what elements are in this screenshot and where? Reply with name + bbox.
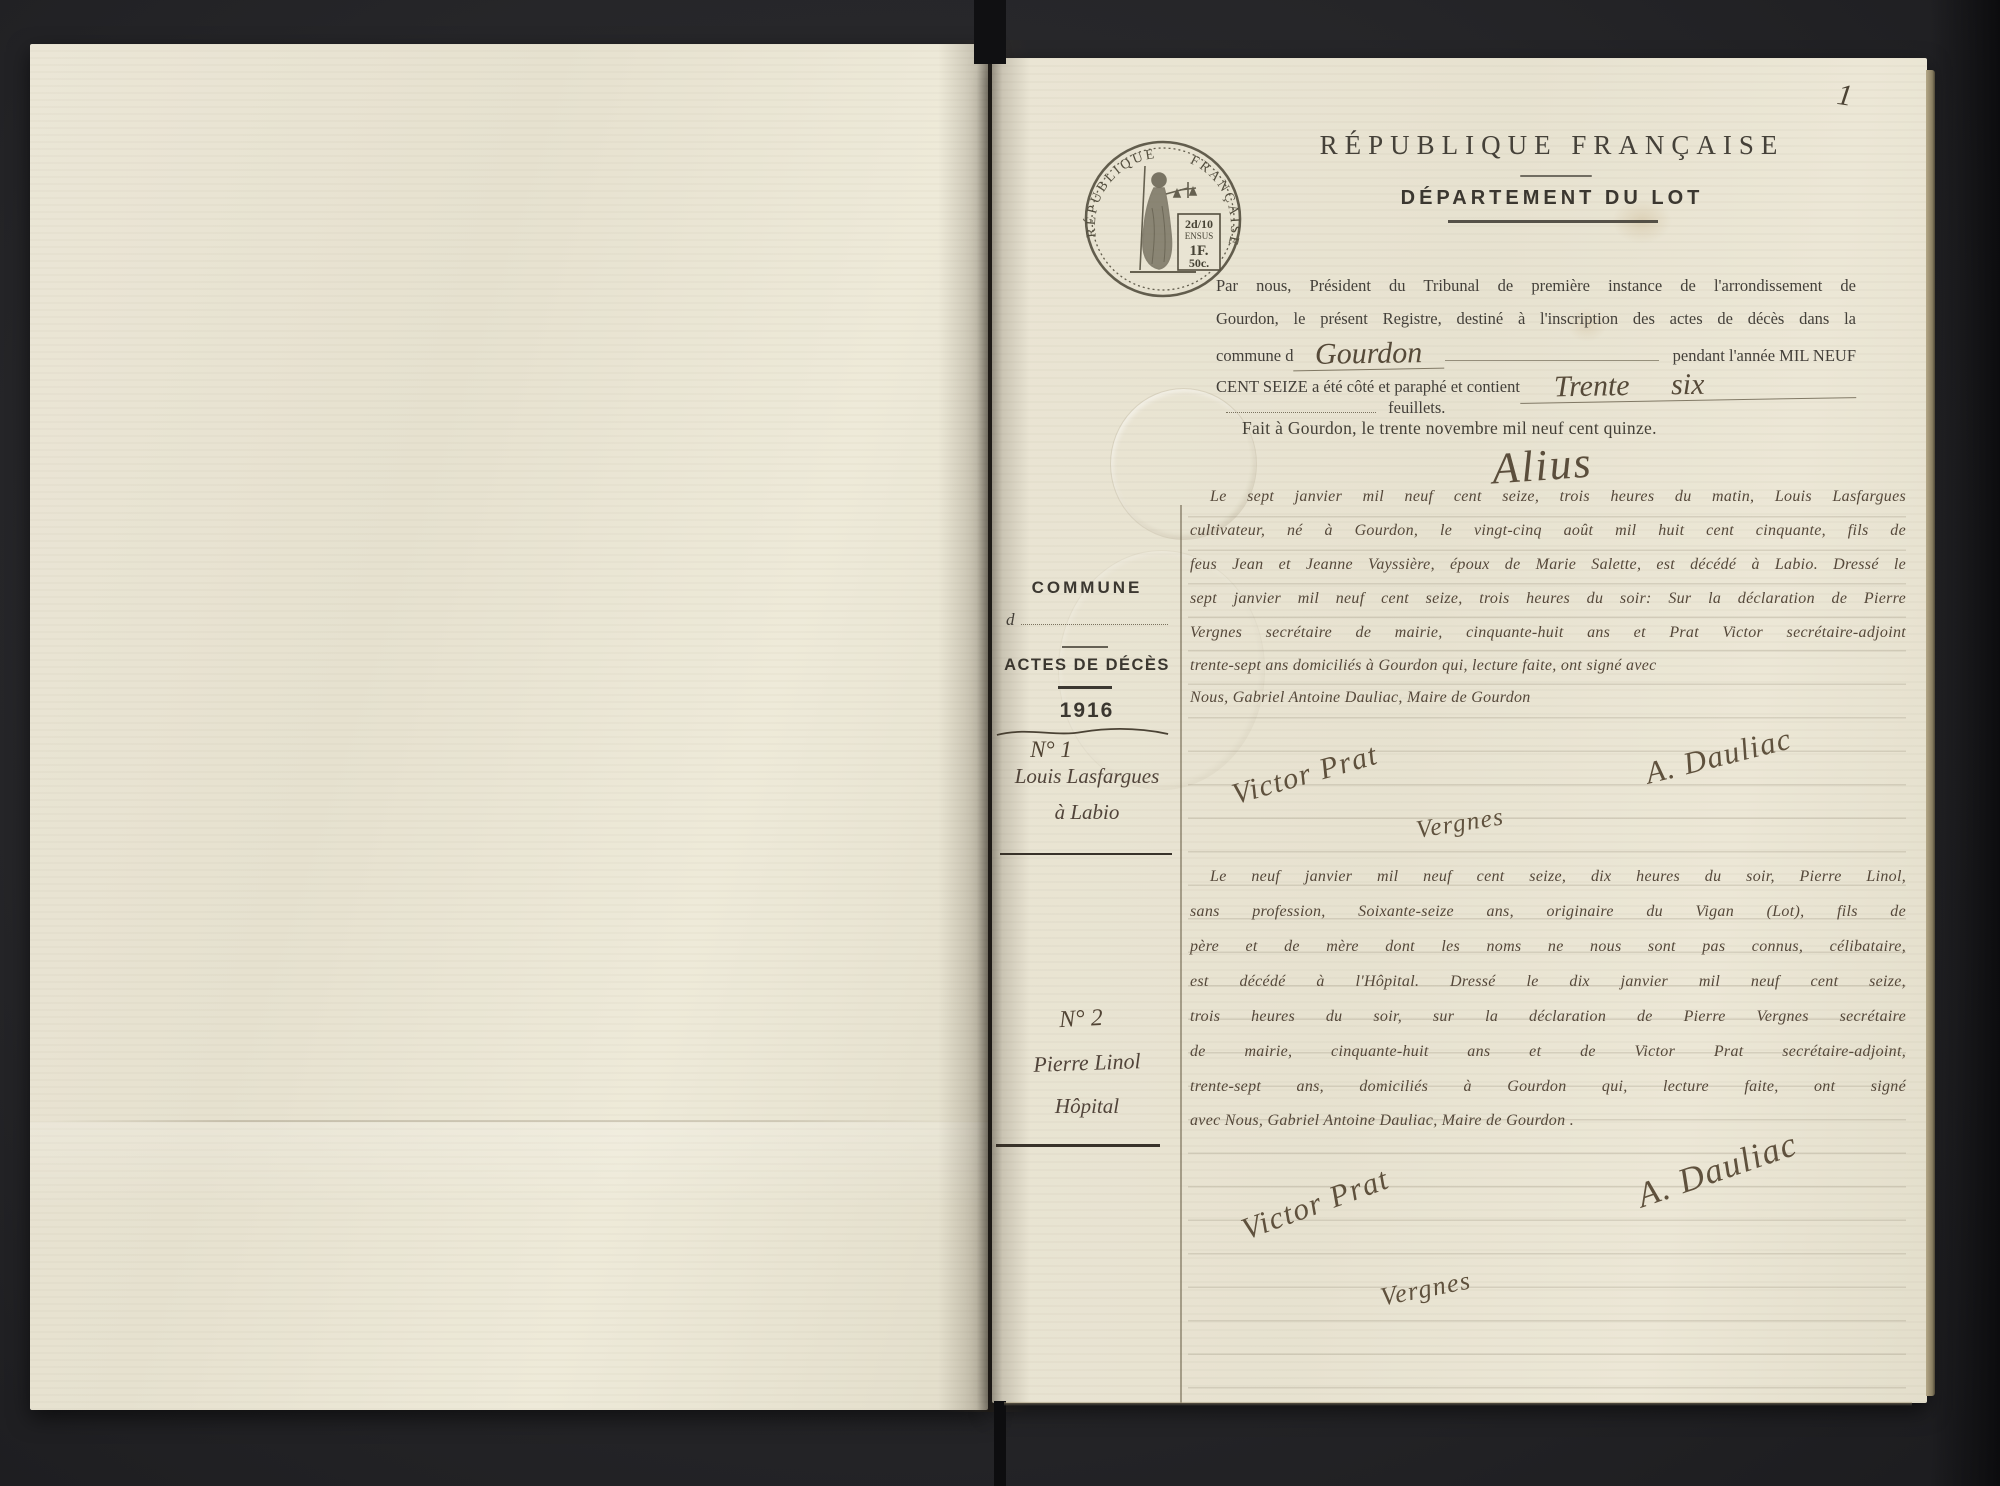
- commune-dotted-line: [1021, 612, 1169, 625]
- act-1-signature-dauliac: A. Dauliac: [1642, 720, 1796, 791]
- left-page-shading: [30, 1122, 988, 1410]
- margin-divider: [1062, 646, 1108, 648]
- commune-blank-line: d: [998, 610, 1176, 630]
- acts-label: ACTES DE DÉCÈS: [998, 656, 1176, 675]
- dateline: Fait à Gourdon, le trente novembre mil n…: [1242, 418, 1657, 439]
- preamble-line-4: CENT SEIZE a été côté et paraphé et cont…: [1216, 368, 1856, 399]
- act-2-line: avec Nous, Gabriel Antoine Dauliac, Mair…: [1190, 1112, 1906, 1130]
- blank-rule-line: [1445, 346, 1659, 361]
- act-2-line: de mairie, cinquante-huit ans et de Vict…: [1190, 1043, 1906, 1061]
- act-2-line: est décédé à l'Hôpital. Dressé le dix ja…: [1190, 973, 1906, 991]
- preamble-line-3-start: commune d: [1216, 344, 1293, 368]
- spine-notch: [974, 0, 1006, 64]
- preamble-line-2: Gourdon, le présent Registre, destiné à …: [1216, 307, 1856, 331]
- act-2-signature-victor-prat: Victor Prat: [1237, 1161, 1395, 1248]
- act-1-line: sept janvier mil neuf cent seize, trois …: [1190, 590, 1906, 608]
- spine-tail: [994, 1401, 1006, 1486]
- title-underline: [1520, 175, 1592, 177]
- dotted-leader-line: [1226, 399, 1376, 413]
- death-register-scan: 1 RÉPUBLIQUE FRANÇAISE: [0, 0, 2000, 1486]
- page-bottom-edge: [1004, 1402, 1912, 1406]
- folio-number: 1: [1835, 78, 1899, 120]
- president-signature: Alius: [1490, 437, 1594, 495]
- stamp-surcharge-label: ENSUS: [1185, 231, 1214, 241]
- left-page: [30, 44, 988, 1410]
- act-1-signature-vergnes: Vergnes: [1414, 803, 1506, 845]
- act-2-signature-vergnes: Vergnes: [1378, 1266, 1474, 1313]
- act-1-signature-victor-prat: Victor Prat: [1228, 738, 1382, 812]
- act-1-line: trente-sept ans domiciliés à Gourdon qui…: [1190, 657, 1906, 675]
- margin-rule-line: [1180, 505, 1182, 1403]
- act-2-line: trente-sept ans, domiciliés à Gourdon qu…: [1190, 1078, 1906, 1096]
- act-1-line: Vergnes secrétaire de mairie, cinquante-…: [1190, 624, 1906, 642]
- stamp-value-tablet: 2d/10 ENSUS 1F. 50c.: [1178, 214, 1220, 270]
- act-2-line: sans profession, Soixante-seize ans, ori…: [1190, 903, 1906, 921]
- commune-label: COMMUNE: [998, 578, 1176, 598]
- preamble-line-3: commune d Gourdon pendant l'année MIL NE…: [1216, 337, 1856, 368]
- preamble-line-1: Par nous, Président du Tribunal de premi…: [1216, 274, 1856, 298]
- department-title: DÉPARTEMENT DU LOT: [1232, 187, 1872, 210]
- act-1-margin-place: à Labio: [998, 800, 1176, 825]
- margin-separator-line: [1000, 853, 1172, 855]
- act-1-margin-name: Louis Lasfargues: [998, 764, 1176, 789]
- act-1-line: cultivateur, né à Gourdon, le vingt-cinq…: [1190, 522, 1906, 540]
- act-1-line: Nous, Gabriel Antoine Dauliac, Maire de …: [1190, 689, 1906, 707]
- right-page: 1 RÉPUBLIQUE FRANÇAISE: [992, 58, 1927, 1403]
- act-2-signature-dauliac: A. Dauliac: [1632, 1124, 1803, 1216]
- act-2-margin-place: Hôpital: [998, 1094, 1176, 1119]
- commune-prefix: d: [1006, 610, 1015, 630]
- margin-separator-line: [996, 1144, 1160, 1147]
- act-2-margin-number: N° 2: [991, 1001, 1170, 1037]
- act-2-line: père et de mère dont les noms ne nous so…: [1190, 938, 1906, 956]
- act-2-margin-name: Pierre Linol: [998, 1047, 1177, 1079]
- commune-name-handwritten: Gourdon: [1293, 338, 1445, 372]
- margin-divider-thick: [1058, 686, 1112, 689]
- act-1-line: Le sept janvier mil neuf cent seize, tro…: [1190, 488, 1906, 506]
- preamble-line-5: feuillets.: [1216, 396, 1856, 420]
- stamp-face-value-centimes: 50c.: [1189, 256, 1209, 270]
- department-underline: [1448, 220, 1658, 223]
- preamble-line-3-end: pendant l'année MIL NEUF: [1673, 344, 1856, 368]
- act-2-line: trois heures du soir, sur la déclaration…: [1190, 1008, 1906, 1026]
- page-fore-edge: [1926, 70, 1935, 1396]
- act-1-margin-number: N° 1: [962, 737, 1140, 763]
- feuillets-label: feuillets.: [1388, 398, 1445, 417]
- republic-title: RÉPUBLIQUE FRANÇAISE: [1232, 130, 1872, 161]
- act-1-line: feus Jean et Jeanne Vayssière, époux de …: [1190, 556, 1906, 574]
- register-year: 1916: [998, 699, 1176, 723]
- stamp-surcharge-value: 2d/10: [1185, 217, 1213, 231]
- act-2-line: Le neuf janvier mil neuf cent seize, dix…: [1190, 868, 1906, 886]
